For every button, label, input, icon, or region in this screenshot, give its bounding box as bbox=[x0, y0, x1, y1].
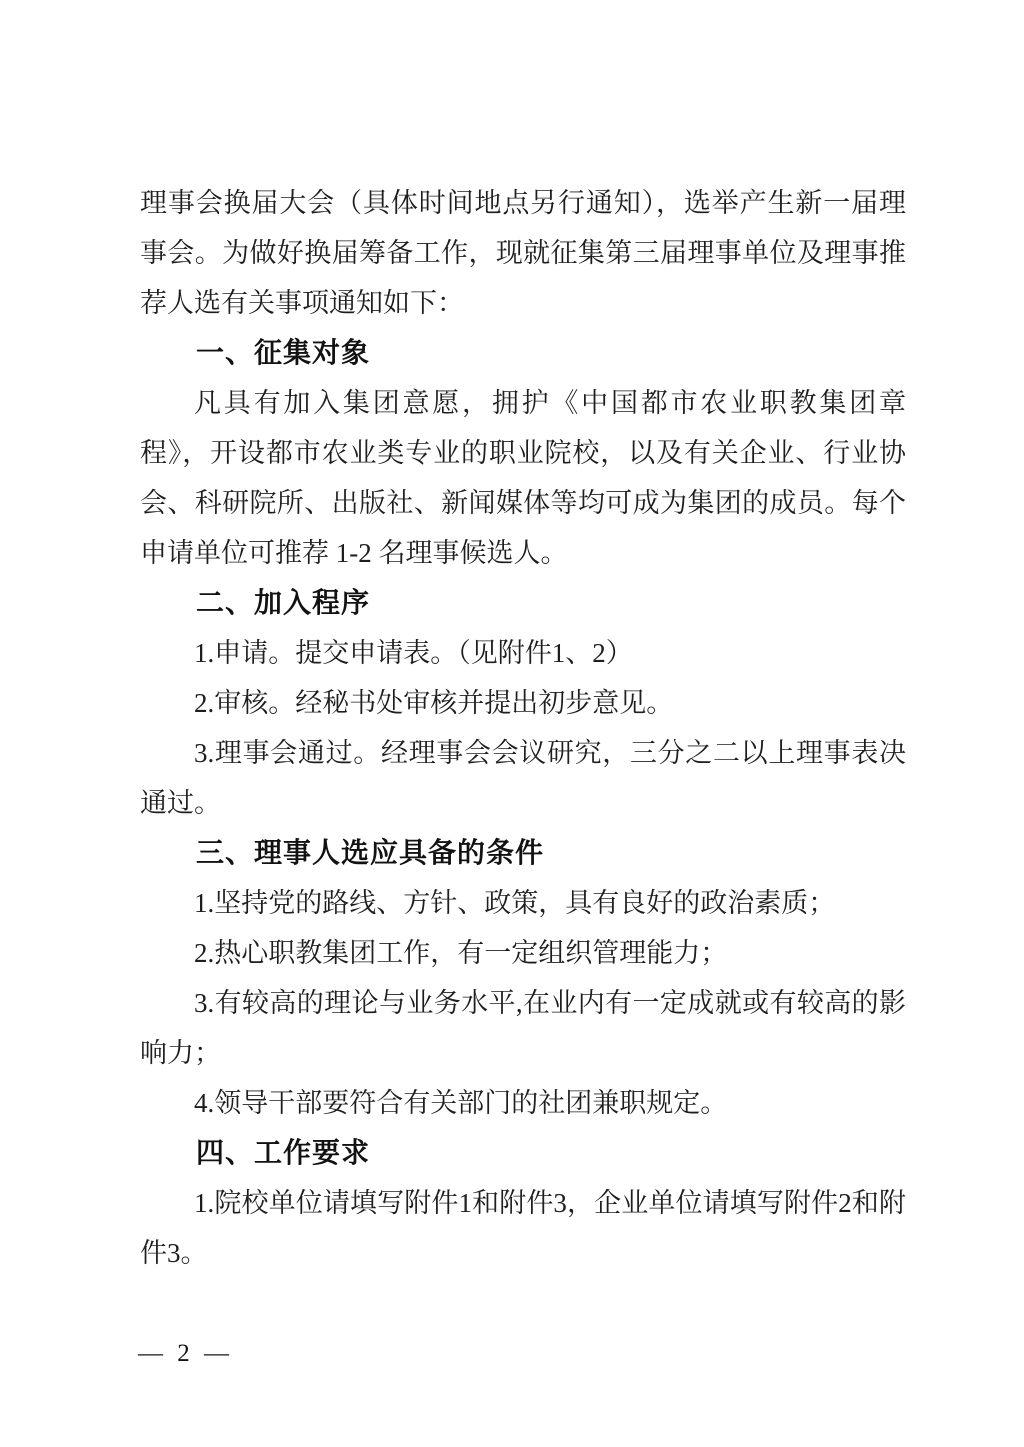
section-heading-3: 三、理事人选应具备的条件 bbox=[140, 828, 906, 878]
paragraph-continuation: 理事会换届大会（具体时间地点另行通知），选举产生新一届理事会。为做好换届筹备工作… bbox=[140, 178, 906, 328]
paragraph-condition-item-4: 4.领导干部要符合有关部门的社团兼职规定。 bbox=[140, 1078, 906, 1128]
document-page: 理事会换届大会（具体时间地点另行通知），选举产生新一届理事会。为做好换届筹备工作… bbox=[0, 0, 1024, 1447]
paragraph-procedure-item-3: 3.理事会通过。经理事会会议研究，三分之二以上理事表决通过。 bbox=[140, 728, 906, 828]
paragraph-procedure-item-2: 2.审核。经秘书处审核并提出初步意见。 bbox=[140, 678, 906, 728]
section-heading-2: 二、加入程序 bbox=[140, 578, 906, 628]
paragraph-condition-item-2: 2.热心职教集团工作，有一定组织管理能力； bbox=[140, 928, 906, 978]
paragraph-procedure-item-1: 1.申请。提交申请表。（见附件1、2） bbox=[140, 628, 906, 678]
section-heading-4: 四、工作要求 bbox=[140, 1128, 906, 1178]
paragraph-collection-targets: 凡具有加入集团意愿，拥护《中国都市农业职教集团章程》，开设都市农业类专业的职业院… bbox=[140, 378, 906, 578]
paragraph-condition-item-1: 1.坚持党的路线、方针、政策，具有良好的政治素质； bbox=[140, 878, 906, 928]
section-heading-1: 一、征集对象 bbox=[140, 328, 906, 378]
paragraph-condition-item-3: 3.有较高的理论与业务水平,在业内有一定成就或有较高的影响力； bbox=[140, 978, 906, 1078]
paragraph-work-requirement-item-1: 1.院校单位请填写附件1和附件3，企业单位请填写附件2和附件3。 bbox=[140, 1178, 906, 1278]
page-number: — 2 — bbox=[138, 1338, 233, 1370]
document-content: 理事会换届大会（具体时间地点另行通知），选举产生新一届理事会。为做好换届筹备工作… bbox=[140, 178, 906, 1278]
